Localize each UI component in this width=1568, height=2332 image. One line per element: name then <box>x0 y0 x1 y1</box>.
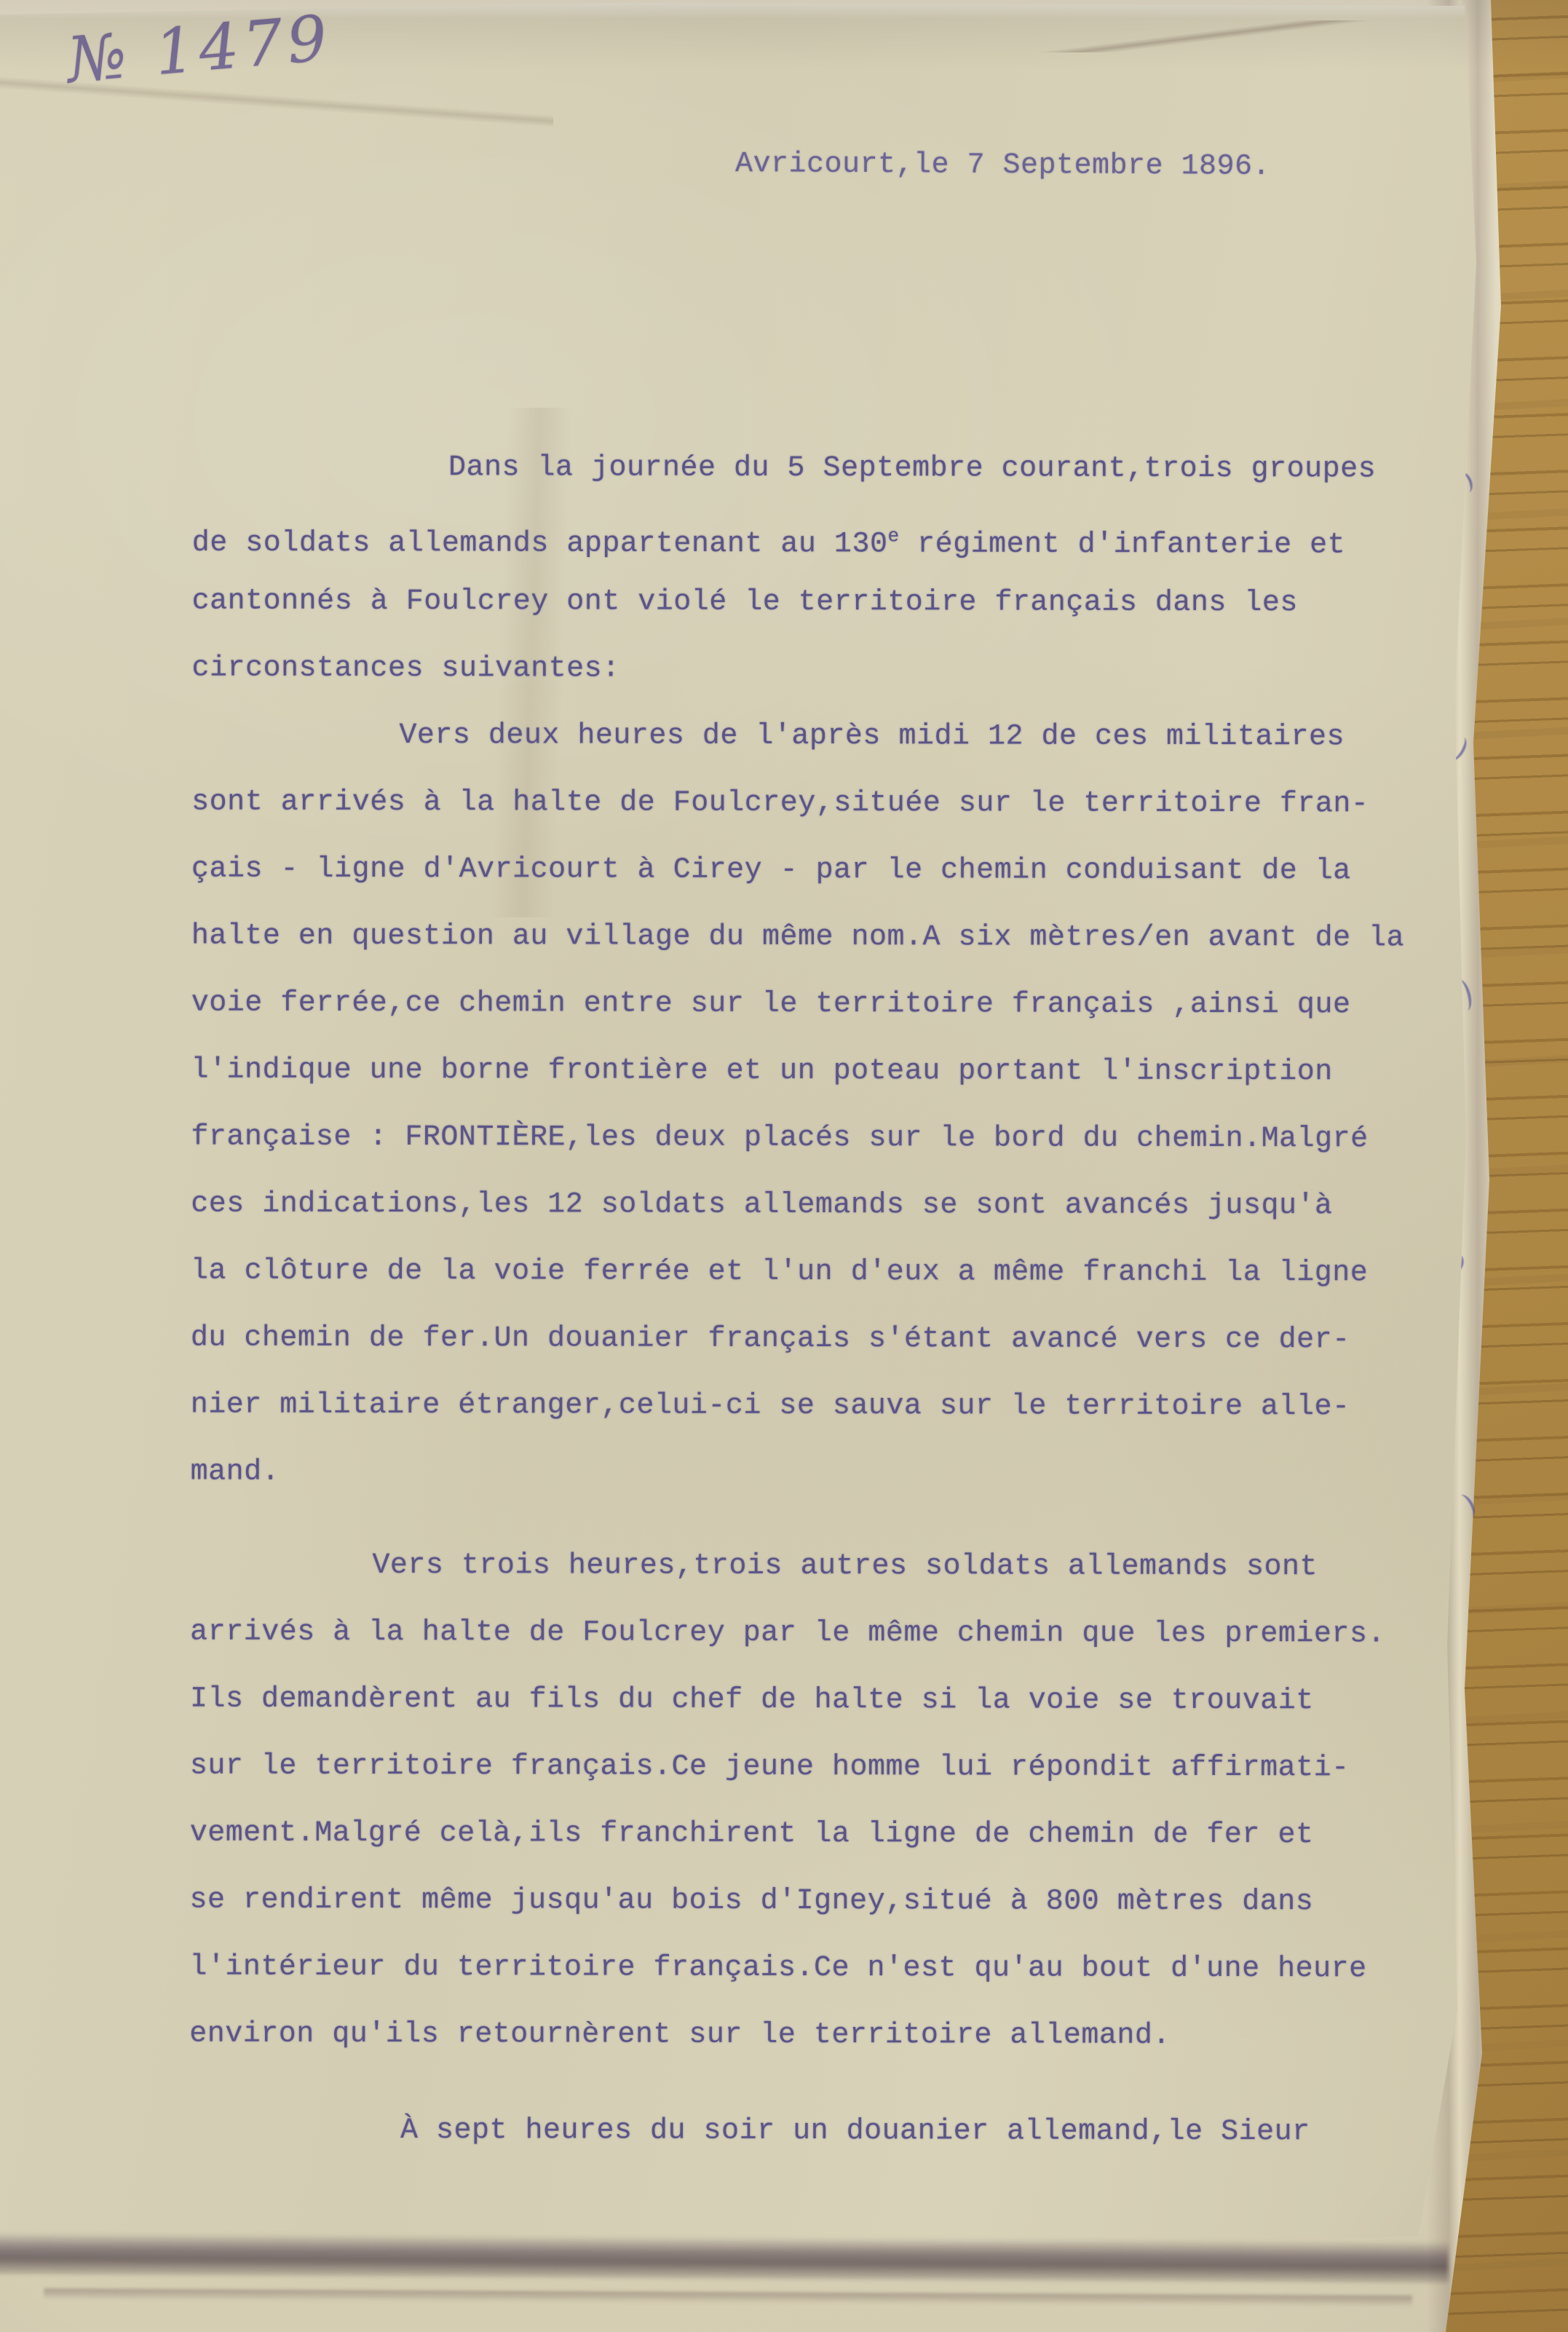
typed-line: voie ferrée,ce chemin entre sur le terri… <box>191 971 1414 1040</box>
typed-line-part: de soldats allemands appartenant au 130 <box>192 527 888 561</box>
paper-crease <box>837 20 1568 52</box>
typed-line: çais - ligne d'Avricourt à Cirey - par l… <box>191 837 1414 906</box>
typed-line: environ qu'ils retournèrent sur le terri… <box>189 2001 1412 2071</box>
typed-line: l'indique une borne frontière et un pote… <box>191 1037 1414 1107</box>
document-page: № 1479 Avricourt,le 7 Septembre 1896. Da… <box>0 0 1568 2332</box>
paragraph: Dans la journée du 5 Septembre courant,t… <box>191 435 1415 705</box>
typed-line: cantonnés à Foulcrey ont violé le territ… <box>192 569 1415 638</box>
typed-line: mand. <box>191 1439 1414 1509</box>
typed-line: À sept heures du soir un douanier allema… <box>189 2098 1412 2167</box>
typed-line: nier militaire étranger,celui-ci se sauv… <box>191 1372 1414 1442</box>
typed-line: sur le territoire français.Ce jeune homm… <box>190 1734 1413 1803</box>
page-bottom-shadow <box>0 2232 1449 2283</box>
typed-line: ces indications,les 12 soldats allemands… <box>191 1171 1414 1241</box>
typed-line: l'intérieur du territoire français.Ce n'… <box>189 1934 1412 2004</box>
handwritten-registry-number: № 1479 <box>64 1 334 97</box>
typed-line: halte en question au village du même nom… <box>191 904 1414 973</box>
superscript-e: e <box>887 525 899 547</box>
typed-line: du chemin de fer.Un douanier français s'… <box>191 1305 1414 1375</box>
typed-line-part: régiment d'infanterie et <box>900 529 1346 562</box>
typed-line: de soldats allemands appartenant au 130e… <box>192 502 1415 571</box>
paragraph: À sept heures du soir un douanier allema… <box>189 2098 1412 2167</box>
dateline: Avricourt,le 7 Septembre 1896. <box>735 148 1270 183</box>
letter-body: Dans la journée du 5 Septembre courant,t… <box>189 435 1415 2167</box>
typed-line: Vers deux heures de l'après midi 12 de c… <box>191 703 1414 772</box>
paragraph: Vers deux heures de l'après midi 12 de c… <box>191 703 1415 1509</box>
typed-line: la clôture de la voie ferrée et l'un d'e… <box>191 1238 1414 1308</box>
typed-line: se rendirent même jusqu'au bois d'Igney,… <box>189 1867 1412 1937</box>
typed-line: Vers trois heures,trois autres soldats a… <box>190 1533 1413 1602</box>
paragraph: Vers trois heures,trois autres soldats a… <box>189 1533 1413 2071</box>
typed-line: française : FRONTIÈRE,les deux placés su… <box>191 1104 1414 1174</box>
typed-line: vement.Malgré celà,ils franchirent la li… <box>190 1801 1413 1870</box>
typed-line: arrivés à la halte de Foulcrey par le mê… <box>190 1600 1413 1669</box>
typed-line: sont arrivés à la halte de Foulcrey,situ… <box>191 770 1414 839</box>
photo-frame: № 1479 Avricourt,le 7 Septembre 1896. Da… <box>0 0 1568 2332</box>
typed-line: Dans la journée du 5 Septembre courant,t… <box>192 435 1415 504</box>
typed-line: circonstances suivantes: <box>191 636 1414 705</box>
typed-line: Ils demandèrent au fils du chef de halte… <box>190 1667 1413 1736</box>
